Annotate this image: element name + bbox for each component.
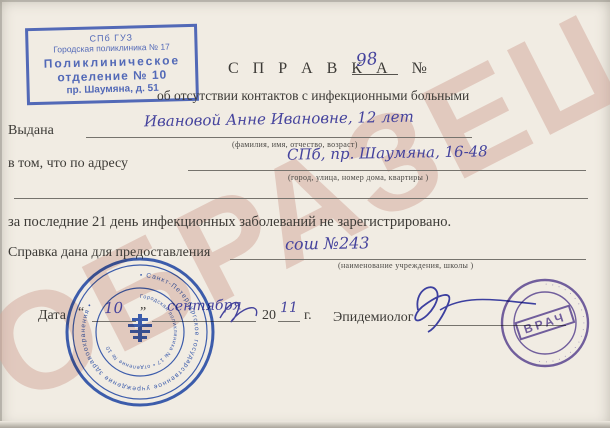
address-label: в том, что по адресу — [8, 156, 128, 172]
title-number-line — [352, 74, 398, 75]
certificate-scan: ОБРАЗЕЦ СПб ГУЗ Городская поликлиника № … — [0, 0, 610, 428]
issued-line: Ивановой Анне Ивановне, 12 лет — [86, 110, 472, 138]
handwritten-number: 98 — [355, 49, 379, 71]
round-seal-clinic: • Санкт-Петербургское государственное уч… — [62, 254, 218, 410]
address-caption: (город, улица, номер дома, квартиры ) — [288, 173, 428, 182]
blank-line — [14, 190, 588, 199]
issued-label: Выдана — [8, 123, 54, 139]
number-sign: № — [412, 60, 432, 77]
handwritten-purpose: сош №243 — [285, 233, 370, 253]
purpose-line: сош №243 — [230, 234, 586, 260]
document-title: С П Р А В К А № — [228, 60, 432, 78]
statement-text: за последние 21 день инфекционных заболе… — [8, 214, 451, 231]
round-seal-doctor: · · · · · · · · · · · · · · · · · · · · … — [498, 276, 592, 370]
month-flourish — [216, 296, 266, 330]
document-subtitle: об отсутствии контактов с инфекционными … — [157, 88, 469, 104]
date-year-line: 11 — [278, 299, 300, 322]
handwritten-year: 11 — [280, 300, 298, 316]
purpose-caption: (наименование учреждения, школы ) — [338, 261, 473, 270]
seal-emblem-icon — [128, 314, 152, 342]
handwritten-name: Ивановой Анне Ивановне, 12 лет — [144, 108, 414, 131]
address-line: СПб, пр. Шаумяна, 16-48 — [188, 144, 586, 171]
handwritten-address: СПб, пр. Шаумяна, 16-48 — [286, 142, 487, 164]
year-suffix: г. — [304, 308, 312, 324]
